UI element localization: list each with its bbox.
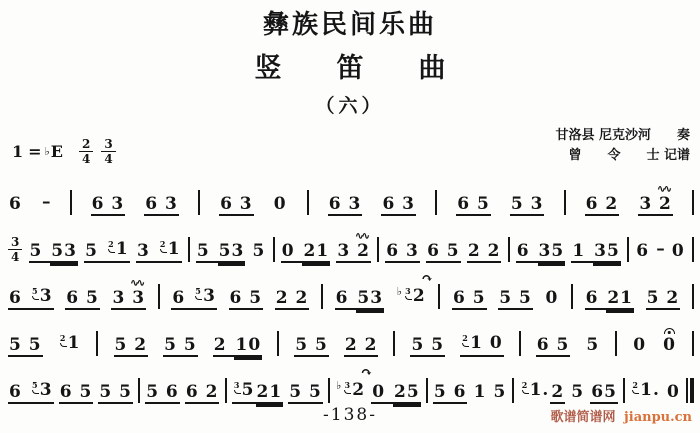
note-group: 5 [493, 384, 508, 404]
time-signature-denominator: 4 [82, 152, 90, 165]
grace-note-digit: 3 [345, 381, 352, 389]
note: 35 [538, 243, 566, 263]
note-group: 5 5 [8, 337, 43, 357]
note: 0 [371, 384, 393, 404]
note-group: 5 6 [145, 384, 180, 404]
note-group: 5 5 [498, 290, 533, 310]
score-line-4: 5 5215 25 52 105 52 25 521 06 5500 [8, 321, 694, 357]
grace-note-digit: 2 [60, 334, 67, 342]
note-group: 2 2 [344, 337, 379, 357]
note: 6 2 [185, 384, 220, 404]
note-group: 5 [585, 337, 600, 357]
sustain-dash: – [656, 239, 665, 263]
note-group: 6 53 [171, 288, 217, 310]
note: 6 [8, 196, 23, 216]
grace-note-digit: 2 [522, 381, 529, 389]
equals-sign: = [28, 142, 41, 161]
barline [70, 190, 72, 215]
note-group: 0 [666, 384, 681, 404]
note: 6 5 [426, 243, 461, 263]
note: 21 [58, 335, 82, 357]
note-group: 6 3 [328, 196, 363, 216]
note-group: 5 6 [433, 384, 468, 404]
note-group: ∿∿3 2 [336, 243, 371, 263]
note-group: 0 25 [371, 384, 420, 404]
barline [328, 378, 330, 403]
time-signature: 3 4 [101, 138, 115, 165]
barline [307, 190, 309, 215]
note: 6 3 [328, 196, 363, 216]
note: ♭32 [396, 288, 427, 310]
note: 1 [473, 384, 488, 404]
note: 0 [281, 243, 303, 263]
note: 2 2 [344, 337, 379, 357]
barline [198, 190, 200, 215]
note: 3 2 [336, 243, 371, 263]
note: 6 [635, 243, 650, 263]
note: 3 2 [638, 196, 673, 216]
barline [321, 284, 323, 309]
note: 5 3 [510, 196, 545, 216]
site-url: jianpu.cn [624, 410, 692, 425]
sustain-dash: – [42, 192, 51, 216]
note: 5 [29, 243, 51, 263]
barline [377, 237, 379, 262]
grace-slur-icon [32, 296, 39, 300]
grace-slur-icon [234, 390, 241, 394]
barline [393, 331, 395, 356]
note: 5 5 [8, 337, 43, 357]
note: 25 [393, 384, 421, 404]
note: 5 5 [288, 384, 323, 404]
note: 21 [606, 290, 634, 310]
grace-note: 3 [344, 381, 351, 394]
barline [138, 378, 140, 403]
grace-note: 2 [108, 240, 115, 253]
note: 6 3 [381, 196, 416, 216]
barline [435, 190, 437, 215]
note-group: 3521 [232, 382, 284, 404]
note-group: ∿∿3 2 [638, 196, 673, 216]
note: 53 [218, 243, 246, 263]
barline [519, 331, 521, 356]
note-group: ↷♭32 [335, 382, 366, 404]
note-group: 5 3 [510, 196, 545, 216]
collection-title: 彝族民间乐曲 [0, 4, 700, 41]
note-group: 21 0 [460, 335, 504, 357]
note-group: 65 [590, 384, 618, 404]
footer: -138- 歌谱简谱网 jianpu.cn [0, 405, 700, 425]
note-group: 6 53 [335, 290, 384, 310]
barline [623, 378, 625, 403]
note: 0 [632, 337, 647, 357]
grace-note-digit: 5 [32, 381, 39, 389]
note-group: 6 53 [8, 288, 54, 310]
note: 5 [570, 384, 585, 404]
note-group: 0 [662, 337, 677, 357]
note-group: 1 [473, 384, 488, 404]
grace-slur-icon [462, 343, 469, 347]
barline [96, 331, 98, 356]
key-pitch: E [51, 142, 63, 161]
grace-note: 5 [32, 381, 39, 394]
note: 2 [550, 384, 565, 404]
barline [277, 331, 279, 356]
score-line-3: 6 536 5∿∿3 36 536 52 26 53↷♭326 55 506 2… [8, 274, 694, 310]
barline [225, 378, 227, 403]
note-group: 0 [273, 196, 288, 216]
note-group: 6 5 [536, 337, 571, 357]
note: 6 [171, 290, 193, 310]
grace-note: 3 [234, 381, 241, 394]
time-signature: 34 [8, 236, 22, 263]
note: 21 [256, 384, 284, 404]
note-group: 21. [630, 382, 661, 404]
note-group: 3 21 [136, 241, 182, 263]
note-group: 5 21 [84, 241, 130, 263]
note: 21. [520, 382, 551, 404]
note-group: 6 5 [229, 290, 264, 310]
note: 5 6 [433, 384, 468, 404]
flat-icon: ♭ [336, 379, 342, 392]
barline [686, 378, 688, 403]
time-signature-numerator: 3 [8, 236, 22, 250]
barline [508, 237, 510, 262]
credits: 甘洛县 尼克沙河 奏 曾 令 士 记谱 [555, 126, 690, 165]
note-group: 0 [671, 243, 686, 263]
key-signature: 1 = ♭ E 2 4 3 4 [12, 138, 116, 165]
barline [273, 237, 275, 262]
note-group: 6 5 [65, 290, 100, 310]
site-name: 歌谱简谱网 [551, 410, 616, 425]
note-group: 5 5 [410, 337, 445, 357]
note: 6 3 [385, 243, 420, 263]
fermata-icon [664, 328, 675, 334]
score: 6–6 36 36 306 36 36 55 36 2∿∿3 2345 535 … [8, 180, 694, 415]
barline [188, 237, 190, 262]
note: 0 [662, 337, 677, 357]
grace-note-digit: 2 [632, 381, 639, 389]
note-group: 5 5 [294, 337, 329, 357]
key-tonic: 1 [12, 142, 23, 161]
note-group: 6 5 [426, 243, 461, 263]
slide-down-icon: ↷ [421, 272, 433, 286]
grace-note-digit: 5 [32, 287, 39, 295]
piece-number: （六） [0, 91, 700, 118]
note-group: 6 2 [185, 384, 220, 404]
note: 5 [84, 243, 106, 263]
final-barline [686, 378, 694, 403]
grace-note: 2 [462, 334, 469, 347]
note: 5 5 [98, 384, 133, 404]
grace-note-digit: 2 [462, 334, 469, 342]
barline [690, 378, 694, 403]
score-line-5: 6 536 55 55 66 235215 5↷♭320 255 61521.2… [8, 368, 694, 404]
note: 6 5 [536, 337, 571, 357]
note-group: 6 3 [219, 196, 254, 216]
trill-icon: ∿∿ [130, 279, 143, 289]
note: 6 [335, 290, 357, 310]
barline [438, 284, 440, 309]
trill-icon: ∿∿ [355, 232, 368, 242]
note: 21 [302, 243, 330, 263]
note-group: 0 [544, 290, 559, 310]
credit-performer: 甘洛县 尼克沙河 奏 [555, 126, 690, 146]
note: 35 [232, 382, 256, 404]
note-group: 6 [8, 196, 23, 216]
credit-transcriber: 曾 令 士 记谱 [555, 146, 690, 166]
note-group: 6 35 [516, 243, 565, 263]
note-group: 6 [635, 243, 650, 263]
note: 5 5 [410, 337, 445, 357]
barline [692, 284, 694, 309]
note: 0 [544, 290, 559, 310]
note-group: 6 2 [585, 196, 620, 216]
note: 10 [234, 337, 262, 357]
note: 21. [630, 382, 661, 404]
note: 5 2 [646, 290, 681, 310]
note: 6 3 [91, 196, 126, 216]
note: 5 [196, 243, 218, 263]
note-group: 5 5 [98, 384, 133, 404]
grace-slur-icon [195, 296, 202, 300]
note-group: 5 5 [288, 384, 323, 404]
note: 5 5 [294, 337, 329, 357]
barline [158, 284, 160, 309]
grace-slur-icon [60, 343, 67, 347]
grace-note-digit: 5 [195, 287, 202, 295]
grace-note: 2 [632, 381, 639, 394]
grace-note-digit: 3 [234, 381, 241, 389]
note-group: 6 5 [59, 384, 94, 404]
grace-note: 2 [160, 240, 167, 253]
note-group: 6 21 [585, 290, 634, 310]
note-group: 21 [58, 335, 82, 357]
grace-slur-icon [522, 390, 529, 394]
note-group: 5 53 [29, 243, 78, 263]
note: 2 2 [467, 243, 502, 263]
time-signature-denominator: 4 [11, 250, 19, 263]
note: 6 5 [452, 290, 487, 310]
score-line-1: 6–6 36 36 306 36 36 55 36 2∿∿3 2 [8, 180, 694, 216]
note: 6 [8, 384, 30, 404]
note: 2 [213, 337, 235, 357]
note: 21 [106, 241, 130, 263]
note: 5 [252, 243, 267, 263]
note: 5 6 [145, 384, 180, 404]
flat-icon: ♭ [45, 146, 50, 157]
time-signature-denominator: 4 [104, 152, 112, 165]
grace-slur-icon [632, 390, 639, 394]
sheet-music-page: 彝族民间乐曲 竖 笛 曲 （六） 1 = ♭ E 2 4 3 4 甘洛县 尼克沙… [0, 0, 700, 433]
grace-note: 5 [32, 287, 39, 300]
barline [692, 331, 694, 356]
note: 0 [273, 196, 288, 216]
note-group: 5 [570, 384, 585, 404]
grace-note: 2 [522, 381, 529, 394]
grace-note: 3 [405, 287, 412, 300]
note-group: 0 [632, 337, 647, 357]
title-block: 彝族民间乐曲 竖 笛 曲 （六） [0, 4, 700, 118]
barline [692, 190, 694, 215]
note: 35 [593, 243, 621, 263]
note: 53 [50, 243, 78, 263]
note: 5 [585, 337, 600, 357]
note-group: 6 3 [91, 196, 126, 216]
note-group: 2 2 [467, 243, 502, 263]
grace-note-digit: 2 [108, 240, 115, 248]
note: 0 [666, 384, 681, 404]
barline [512, 378, 514, 403]
note: ♭32 [335, 382, 366, 404]
note-group: 6 3 [144, 196, 179, 216]
note: 0 [671, 243, 686, 263]
note-group: 1 35 [571, 243, 620, 263]
barline [692, 237, 694, 262]
note: 1 [571, 243, 593, 263]
note: 53 [30, 288, 54, 310]
note-group: 6 53 [8, 382, 54, 404]
time-signature-numerator: 2 [79, 138, 93, 152]
time-signature: 2 4 [79, 138, 93, 165]
key-row: 1 = ♭ E 2 4 3 4 甘洛县 尼克沙河 奏 曾 令 士 记谱 [12, 126, 690, 165]
note: 65 [590, 384, 618, 404]
note-group: 5 [252, 243, 267, 263]
note-group: 0 21 [281, 243, 330, 263]
note: 6 5 [65, 290, 100, 310]
note: 6 2 [585, 196, 620, 216]
note: 21 [158, 241, 182, 263]
note-group: 6 5 [452, 290, 487, 310]
grace-slur-icon [344, 390, 351, 394]
piece-title: 竖 笛 曲 [0, 46, 700, 85]
note-group: ∿∿3 3 [111, 290, 146, 310]
grace-slur-icon [108, 249, 115, 253]
note: 6 [516, 243, 538, 263]
note-group: 6 3 [381, 196, 416, 216]
site-watermark: 歌谱简谱网 jianpu.cn [551, 406, 693, 425]
note-group: 6 5 [456, 196, 491, 216]
note: 6 [8, 290, 30, 310]
note-group: 6 3 [385, 243, 420, 263]
flat-icon: ♭ [397, 285, 403, 298]
note: 21 0 [460, 335, 504, 357]
barline [615, 331, 617, 356]
time-signature-numerator: 3 [101, 138, 115, 152]
grace-slur-icon [405, 296, 412, 300]
note: 5 5 [163, 337, 198, 357]
barline [426, 378, 428, 403]
barline [564, 190, 566, 215]
note: 53 [193, 288, 217, 310]
note-group: ↷♭32 [396, 288, 427, 310]
grace-note: 2 [60, 334, 67, 347]
note-group: 5 2 [114, 337, 149, 357]
note: 5 5 [498, 290, 533, 310]
barline [627, 237, 629, 262]
note: 6 5 [59, 384, 94, 404]
note-group: 5 2 [646, 290, 681, 310]
grace-note-digit: 3 [405, 287, 412, 295]
note: 3 [136, 243, 158, 263]
grace-slur-icon [32, 390, 39, 394]
note: 6 5 [456, 196, 491, 216]
note: 3 3 [111, 290, 146, 310]
grace-note-digit: 2 [160, 240, 167, 248]
note: 5 2 [114, 337, 149, 357]
note-group: 5 53 [196, 243, 245, 263]
barline [571, 284, 573, 309]
note: 6 [585, 290, 607, 310]
note: 6 5 [229, 290, 264, 310]
slide-down-icon: ↷ [360, 366, 372, 380]
grace-note: 5 [195, 287, 202, 300]
note-group: 2 10 [213, 337, 262, 357]
note: 6 3 [219, 196, 254, 216]
note-group: 5 5 [163, 337, 198, 357]
note-group: 21.2 [520, 382, 566, 404]
trill-icon: ∿∿ [657, 185, 670, 195]
note: 5 [493, 384, 508, 404]
grace-slur-icon [160, 249, 167, 253]
note: 53 [30, 382, 54, 404]
note-group: 2 2 [275, 290, 310, 310]
note: 2 2 [275, 290, 310, 310]
note: 53 [356, 290, 384, 310]
note: 6 3 [144, 196, 179, 216]
score-line-2: 345 535 213 215 5350 21∿∿3 26 36 52 26 3… [8, 227, 694, 263]
